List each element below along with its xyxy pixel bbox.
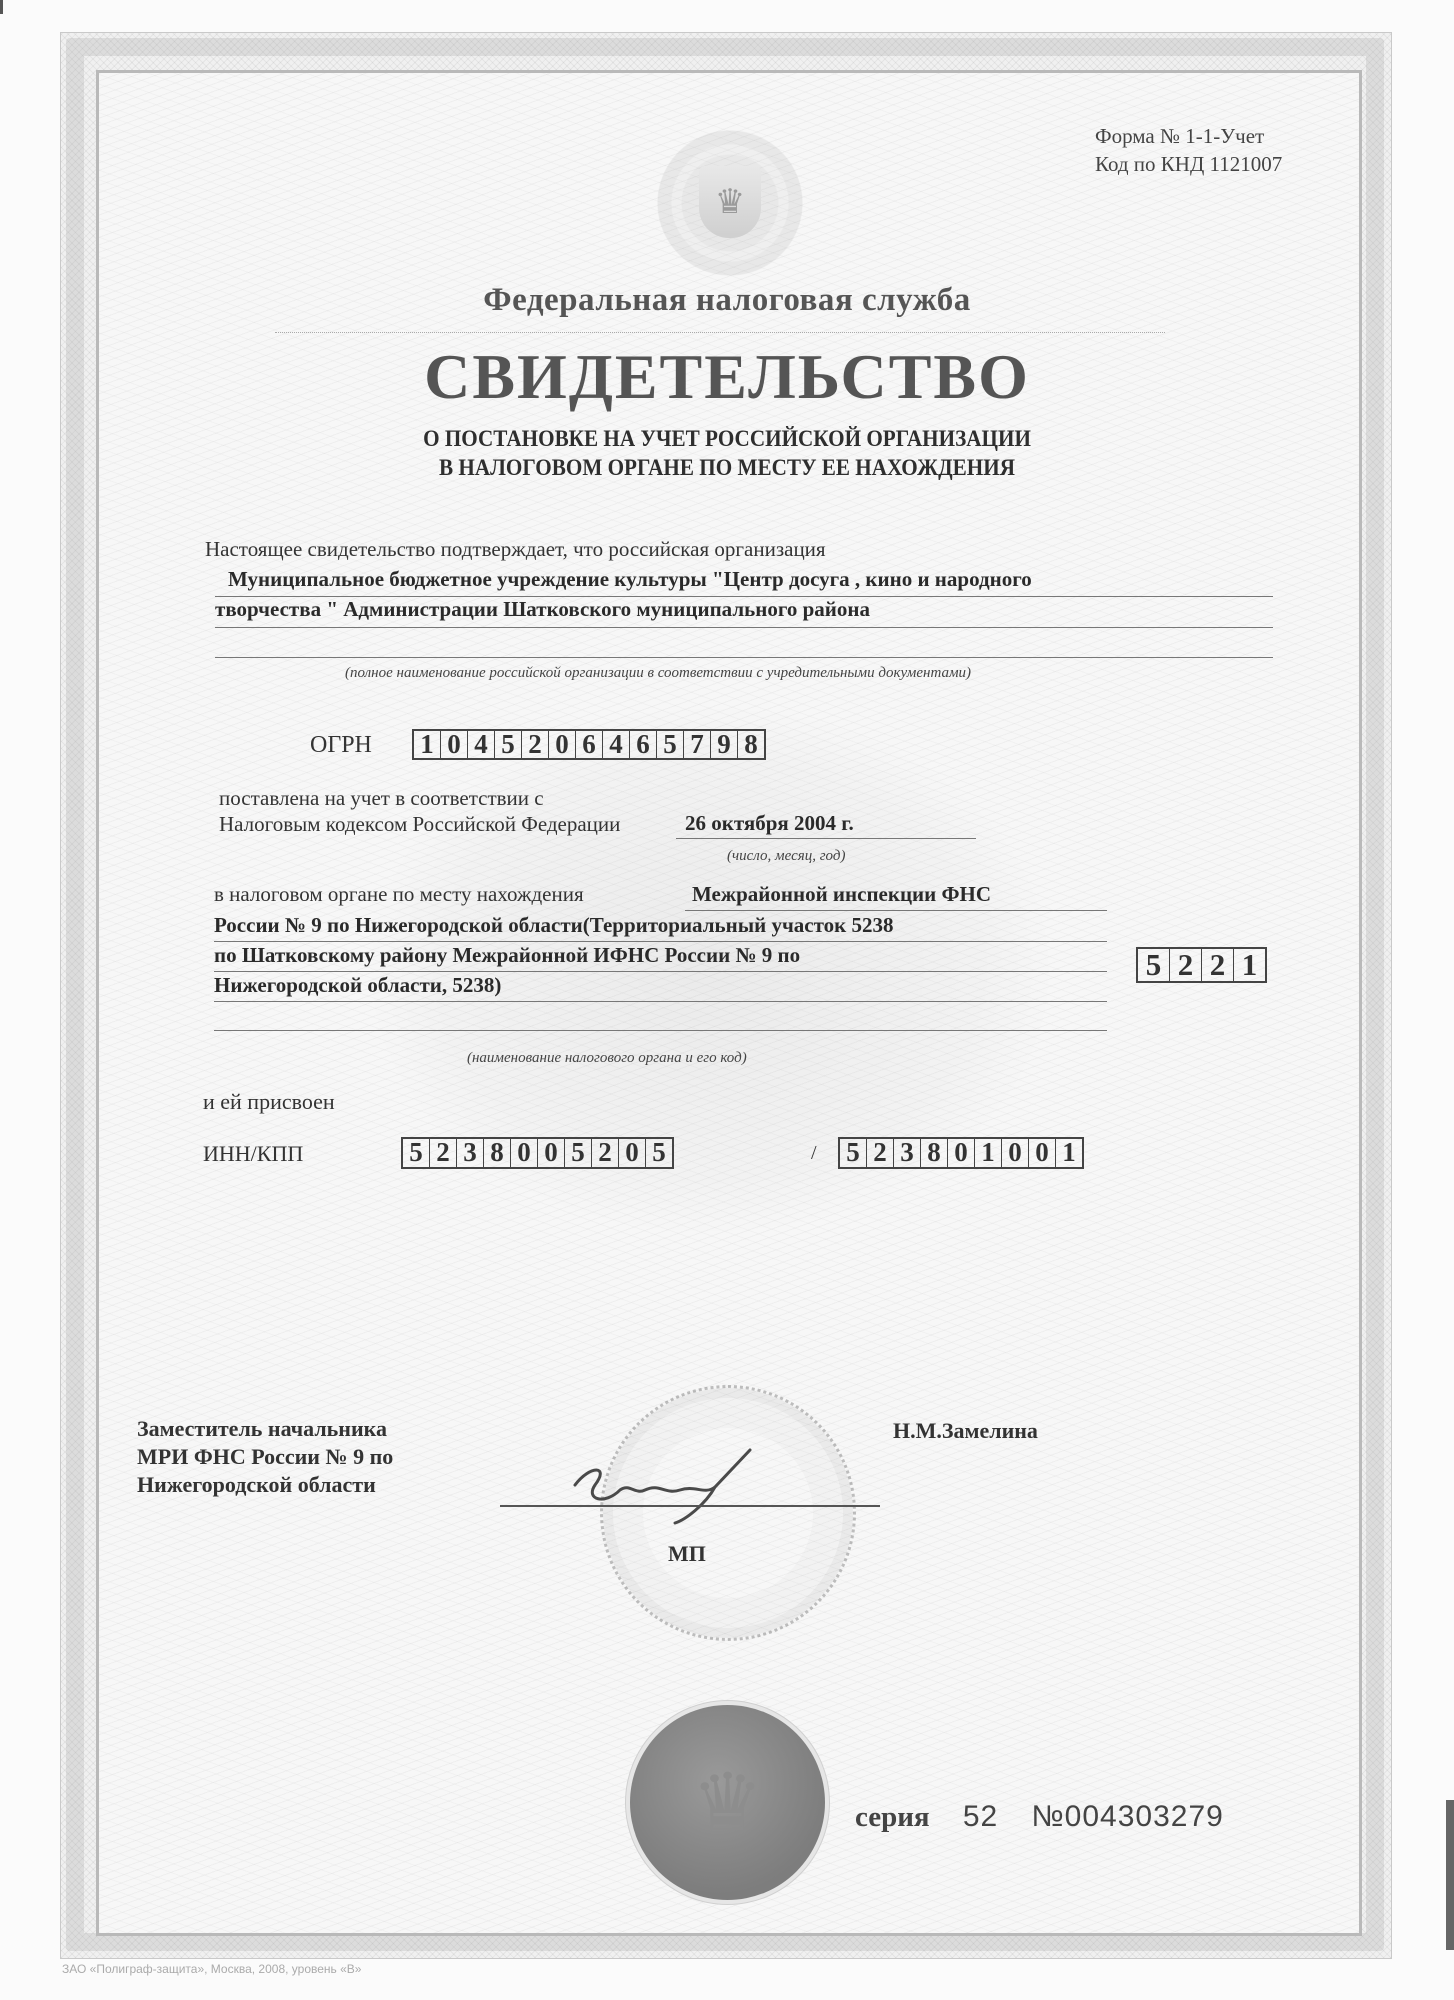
digit-cell: 4 [602,731,629,758]
digit-cell: 2 [866,1139,893,1167]
org-caption: (полное наименование российской организа… [345,665,971,682]
agency-name: Федеральная налоговая служба [0,282,1454,319]
subtitle-line: О ПОСТАНОВКЕ НА УЧЕТ РОССИЙСКОЙ ОРГАНИЗА… [58,424,1396,453]
digit-cell: 1 [414,731,440,758]
digit-cell: 0 [510,1139,537,1167]
ogrn-label: ОГРН [310,732,372,759]
series-value: 52 [963,1800,998,1833]
tax-authority-line: Межрайонной инспекции ФНС [692,882,991,907]
fill-line [685,910,1107,911]
tax-authority-line: Нижегородской области, 5238) [214,973,501,998]
inn-boxes: 5238005205 [401,1137,674,1169]
digit-cell: 2 [591,1139,618,1167]
form-info: Форма № 1-1-Учет Код по КНД 1121007 [1095,122,1282,178]
ogrn-boxes: 1045206465798 [412,729,766,760]
signatory-title-line: Заместитель начальника [137,1415,393,1443]
digit-cell: 0 [440,731,467,758]
fill-line [214,1001,1107,1002]
digit-cell: 0 [548,731,575,758]
date-caption: (число, месяц, год) [727,848,845,865]
fill-line [214,971,1107,972]
registration-line: поставлена на учет в соответствии с [219,786,544,811]
digit-cell: 2 [1169,949,1201,981]
digit-cell: 5 [656,731,683,758]
fill-line [215,657,1273,658]
tax-authority-caption: (наименование налогового органа и его ко… [467,1050,747,1067]
digit-cell: 4 [467,731,494,758]
digit-cell: 2 [1201,949,1233,981]
digit-cell: 5 [840,1139,866,1167]
digit-cell: 6 [575,731,602,758]
kpp-boxes: 523801001 [838,1137,1084,1169]
series-label: серия [855,1801,930,1833]
signatory-title-line: МРИ ФНС России № 9 по [137,1443,393,1471]
org-intro: Настоящее свидетельство подтверждает, чт… [205,537,826,562]
digit-cell: 0 [947,1139,974,1167]
digit-cell: 5 [645,1139,672,1167]
printer-note: ЗАО «Полиграф-защита», Москва, 2008, уро… [62,1962,361,1976]
document-subtitle: О ПОСТАНОВКЕ НА УЧЕТ РОССИЙСКОЙ ОРГАНИЗА… [58,424,1396,482]
digit-cell: 7 [683,731,710,758]
digit-cell: 0 [618,1139,645,1167]
inn-kpp-label: ИНН/КПП [203,1141,303,1167]
double-headed-eagle-icon: ♛ [699,166,761,238]
org-name-line: творчества " Администрации Шатковского м… [215,597,870,622]
digit-cell: 5 [1138,949,1169,981]
digit-cell: 0 [1001,1139,1028,1167]
divider [275,332,1165,333]
document-title: СВИДЕТЕЛЬСТВО [0,340,1454,414]
signature-line [500,1505,880,1507]
signatory-title-line: Нижегородской области [137,1471,393,1499]
fill-line [676,838,976,839]
fill-line [214,941,1107,942]
digit-cell: 0 [537,1139,564,1167]
tax-authority-line: России № 9 по Нижегородской области(Терр… [214,913,894,938]
digit-cell: 1 [1055,1139,1082,1167]
digit-cell: 5 [494,731,521,758]
digit-cell: 3 [893,1139,920,1167]
signatory-title: Заместитель начальника МРИ ФНС России № … [137,1415,393,1499]
inn-kpp-separator: / [811,1142,817,1165]
handwritten-signature-icon [565,1445,765,1525]
digit-cell: 2 [521,731,548,758]
fns-emblem-icon: ♛ [655,128,805,278]
tax-authority-line: по Шатковскому району Межрайонной ИФНС Р… [214,943,800,968]
digit-cell: 5 [564,1139,591,1167]
stamp-label: МП [668,1541,706,1567]
org-name-line: Муниципальное бюджетное учреждение культ… [228,567,1032,592]
digit-cell: 1 [1233,949,1265,981]
document-number: №004303279 [1032,1800,1224,1833]
hologram-eagle-seal-icon: ♛ [630,1705,825,1900]
knd-code: Код по КНД 1121007 [1095,150,1282,178]
scan-edge [1446,1800,1454,1950]
subtitle-line: В НАЛОГОВОМ ОРГАНЕ ПО МЕСТУ ЕЕ НАХОЖДЕНИ… [58,453,1396,482]
digit-cell: 8 [920,1139,947,1167]
digit-cell: 5 [403,1139,429,1167]
form-number: Форма № 1-1-Учет [1095,122,1282,150]
digit-cell: 1 [974,1139,1001,1167]
registration-line: Налоговым кодексом Российской Федерации [219,812,620,837]
fill-line [214,1030,1107,1031]
tax-authority-intro: в налоговом органе по месту нахождения [214,882,584,907]
digit-cell: 2 [429,1139,456,1167]
digit-cell: 0 [1028,1139,1055,1167]
digit-cell: 9 [710,731,737,758]
registration-date: 26 октября 2004 г. [685,811,854,836]
assigned-intro: и ей присвоен [203,1089,335,1115]
signatory-name: Н.М.Замелина [893,1418,1038,1444]
tax-authority-code-boxes: 5221 [1136,947,1267,983]
digit-cell: 6 [629,731,656,758]
serial-number: серия 52 №004303279 [855,1800,1224,1834]
scan-edge [0,0,3,14]
digit-cell: 8 [737,731,764,758]
digit-cell: 8 [483,1139,510,1167]
fill-line [215,627,1273,628]
digit-cell: 3 [456,1139,483,1167]
